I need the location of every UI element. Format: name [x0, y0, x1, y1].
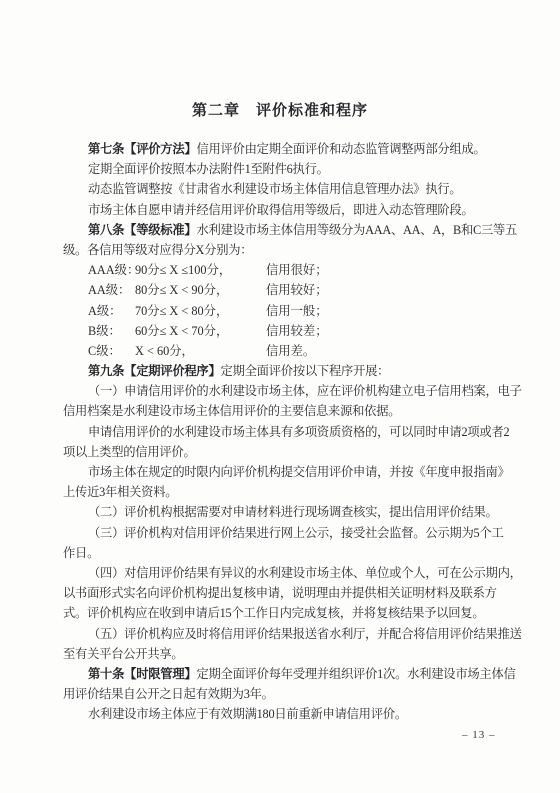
line-text: 用评价结果自公开之日起有效期为3年。 — [63, 687, 274, 701]
line-text: 信用档案是水利建设市场主体信用评价的主要信息来源和依据。 — [63, 404, 400, 418]
body-line: 市场主体自愿申请并经信用评价取得信用等级后，即进入动态管理阶段。 — [63, 200, 523, 220]
chapter-title: 第二章 评价标准和程序 — [0, 99, 560, 120]
grade-line: C级：X < 60分，信用差。 — [63, 341, 523, 361]
body-line: 第七条【评价方法】信用评价由定期全面评价和动态监管调整两部分组成。 — [63, 139, 523, 159]
line-text: 作日。 — [63, 546, 99, 560]
line-text: 水利建设市场主体应于有效期满180日前重新申请信用评价。 — [88, 707, 407, 721]
grade-remark: 信用较好； — [266, 283, 328, 297]
grade-score: 60分≤ X < 70分， — [135, 321, 266, 341]
grade-line: AAA级：90分≤ X ≤100分，信用很好； — [63, 260, 523, 280]
body-line: 动态监管调整按《甘肃省水利建设市场主体信用信息管理办法》执行。 — [63, 179, 523, 199]
body-line: 定期全面评价按照本办法附件1至附件6执行。 — [63, 159, 523, 179]
line-text: 以书面形式实名向评价机构提出复核申请，说明理由并提供相关证明材料及联系方 — [63, 586, 497, 600]
grade-remark: 信用较差； — [266, 324, 328, 338]
grade-remark: 信用一般； — [266, 304, 328, 318]
article-label: 第十条【时限管理】 — [88, 667, 196, 681]
grade-line: B级：60分≤ X < 70分，信用较差； — [63, 321, 523, 341]
body-line: 至有关平台公开共享。 — [63, 644, 523, 664]
body-line: （四）对信用评价结果有异议的水利建设市场主体、单位或个人，可在公示期内， — [63, 563, 523, 583]
line-text: 申请信用评价的水利建设市场主体具有多项资质资格的，可以同时申请2项或者2 — [88, 425, 509, 439]
line-text: （五）评价机构应及时将信用评价结果报送省水利厅，并配合将信用评价结果推送 — [88, 627, 522, 641]
document-page: 第二章 评价标准和程序 第七条【评价方法】信用评价由定期全面评价和动态监管调整两… — [0, 0, 560, 793]
line-text: （一）申请信用评价的水利建设市场主体，应在评价机构建立电子信用档案，电子 — [88, 384, 522, 398]
line-text: 信用评价由定期全面评价和动态监管调整两部分组成。 — [196, 142, 485, 156]
body-line: 式。评价机构应在收到申请后15个工作日内完成复核，并将复核结果予以回复。 — [63, 603, 523, 623]
body-line: 第十条【时限管理】定期全面评价每年受理并组织评价1次。水利建设市场主体信 — [63, 664, 523, 684]
line-text: 定期全面评价每年受理并组织评价1次。水利建设市场主体信 — [196, 667, 515, 681]
line-text: 项以上类型的信用评价。 — [63, 445, 196, 459]
body-line: 市场主体在规定的时限内向评价机构提交信用评价申请，并按《年度申报指南》 — [63, 462, 523, 482]
body-line: 第九条【定期评价程序】定期全面评价按以下程序开展： — [63, 361, 523, 381]
body-line: 信用档案是水利建设市场主体信用评价的主要信息来源和依据。 — [63, 401, 523, 421]
grade-line: A级：70分≤ X < 80分，信用一般； — [63, 301, 523, 321]
body-line: （五）评价机构应及时将信用评价结果报送省水利厅，并配合将信用评价结果推送 — [63, 624, 523, 644]
grade-label: B级： — [88, 321, 135, 341]
grade-label: AA级： — [88, 280, 135, 300]
article-label: 第七条【评价方法】 — [88, 142, 196, 156]
article-label: 第八条【等级标准】 — [88, 223, 196, 237]
line-text: （二）评价机构根据需要对申请材料进行现场调查核实，提出信用评价结果。 — [88, 505, 498, 519]
line-text: 至有关平台公开共享。 — [63, 647, 183, 661]
line-text: （三）评价机构对信用评价结果进行网上公示，接受社会监督。公示期为5个工 — [88, 526, 504, 540]
body-line: （三）评价机构对信用评价结果进行网上公示，接受社会监督。公示期为5个工 — [63, 523, 523, 543]
body-line: （一）申请信用评价的水利建设市场主体，应在评价机构建立电子信用档案，电子 — [63, 381, 523, 401]
line-text: （四）对信用评价结果有异议的水利建设市场主体、单位或个人，可在公示期内， — [88, 566, 522, 580]
body-line: 水利建设市场主体应于有效期满180日前重新申请信用评价。 — [63, 704, 523, 724]
grade-score: 80分≤ X < 90分， — [135, 280, 266, 300]
article-label: 第九条【定期评价程序】 — [88, 364, 221, 378]
line-text: 市场主体自愿申请并经信用评价取得信用等级后，即进入动态管理阶段。 — [88, 203, 474, 217]
body-line: （二）评价机构根据需要对申请材料进行现场调查核实，提出信用评价结果。 — [63, 502, 523, 522]
grade-label: A级： — [88, 301, 135, 321]
body-line: 级。各信用等级对应得分X分别为： — [63, 240, 523, 260]
body-line: 用评价结果自公开之日起有效期为3年。 — [63, 684, 523, 704]
grade-label: C级： — [88, 341, 135, 361]
grade-remark: 信用差。 — [266, 344, 315, 358]
body-line: 第八条【等级标准】水利建设市场主体信用等级分为AAA、AA、A，B和C三等五 — [63, 220, 523, 240]
document-body: 第七条【评价方法】信用评价由定期全面评价和动态监管调整两部分组成。定期全面评价按… — [63, 139, 523, 724]
body-line: 作日。 — [63, 543, 523, 563]
line-text: 水利建设市场主体信用等级分为AAA、AA、A，B和C三等五 — [196, 223, 517, 237]
line-text: 式。评价机构应在收到申请后15个工作日内完成复核，并将复核结果予以回复。 — [63, 606, 484, 620]
line-text: 动态监管调整按《甘肃省水利建设市场主体信用信息管理办法》执行。 — [88, 182, 461, 196]
grade-score: 90分≤ X ≤100分， — [135, 260, 266, 280]
grade-remark: 信用很好； — [266, 263, 328, 277]
line-text: 市场主体在规定的时限内向评价机构提交信用评价申请，并按《年度申报指南》 — [88, 465, 510, 479]
grade-label: AAA级： — [88, 260, 135, 280]
grade-score: X < 60分， — [135, 341, 266, 361]
body-line: 以书面形式实名向评价机构提出复核申请，说明理由并提供相关证明材料及联系方 — [63, 583, 523, 603]
line-text: 定期全面评价按照本办法附件1至附件6执行。 — [88, 162, 329, 176]
page-number: – 13 – — [462, 729, 496, 741]
grade-score: 70分≤ X < 80分， — [135, 301, 266, 321]
body-line: 申请信用评价的水利建设市场主体具有多项资质资格的，可以同时申请2项或者2 — [63, 422, 523, 442]
body-line: 上传近3年相关资料。 — [63, 482, 523, 502]
body-line: 项以上类型的信用评价。 — [63, 442, 523, 462]
line-text: 级。各信用等级对应得分X分别为： — [63, 243, 252, 257]
line-text: 定期全面评价按以下程序开展： — [221, 364, 390, 378]
grade-line: AA级：80分≤ X < 90分，信用较好； — [63, 280, 523, 300]
line-text: 上传近3年相关资料。 — [63, 485, 177, 499]
